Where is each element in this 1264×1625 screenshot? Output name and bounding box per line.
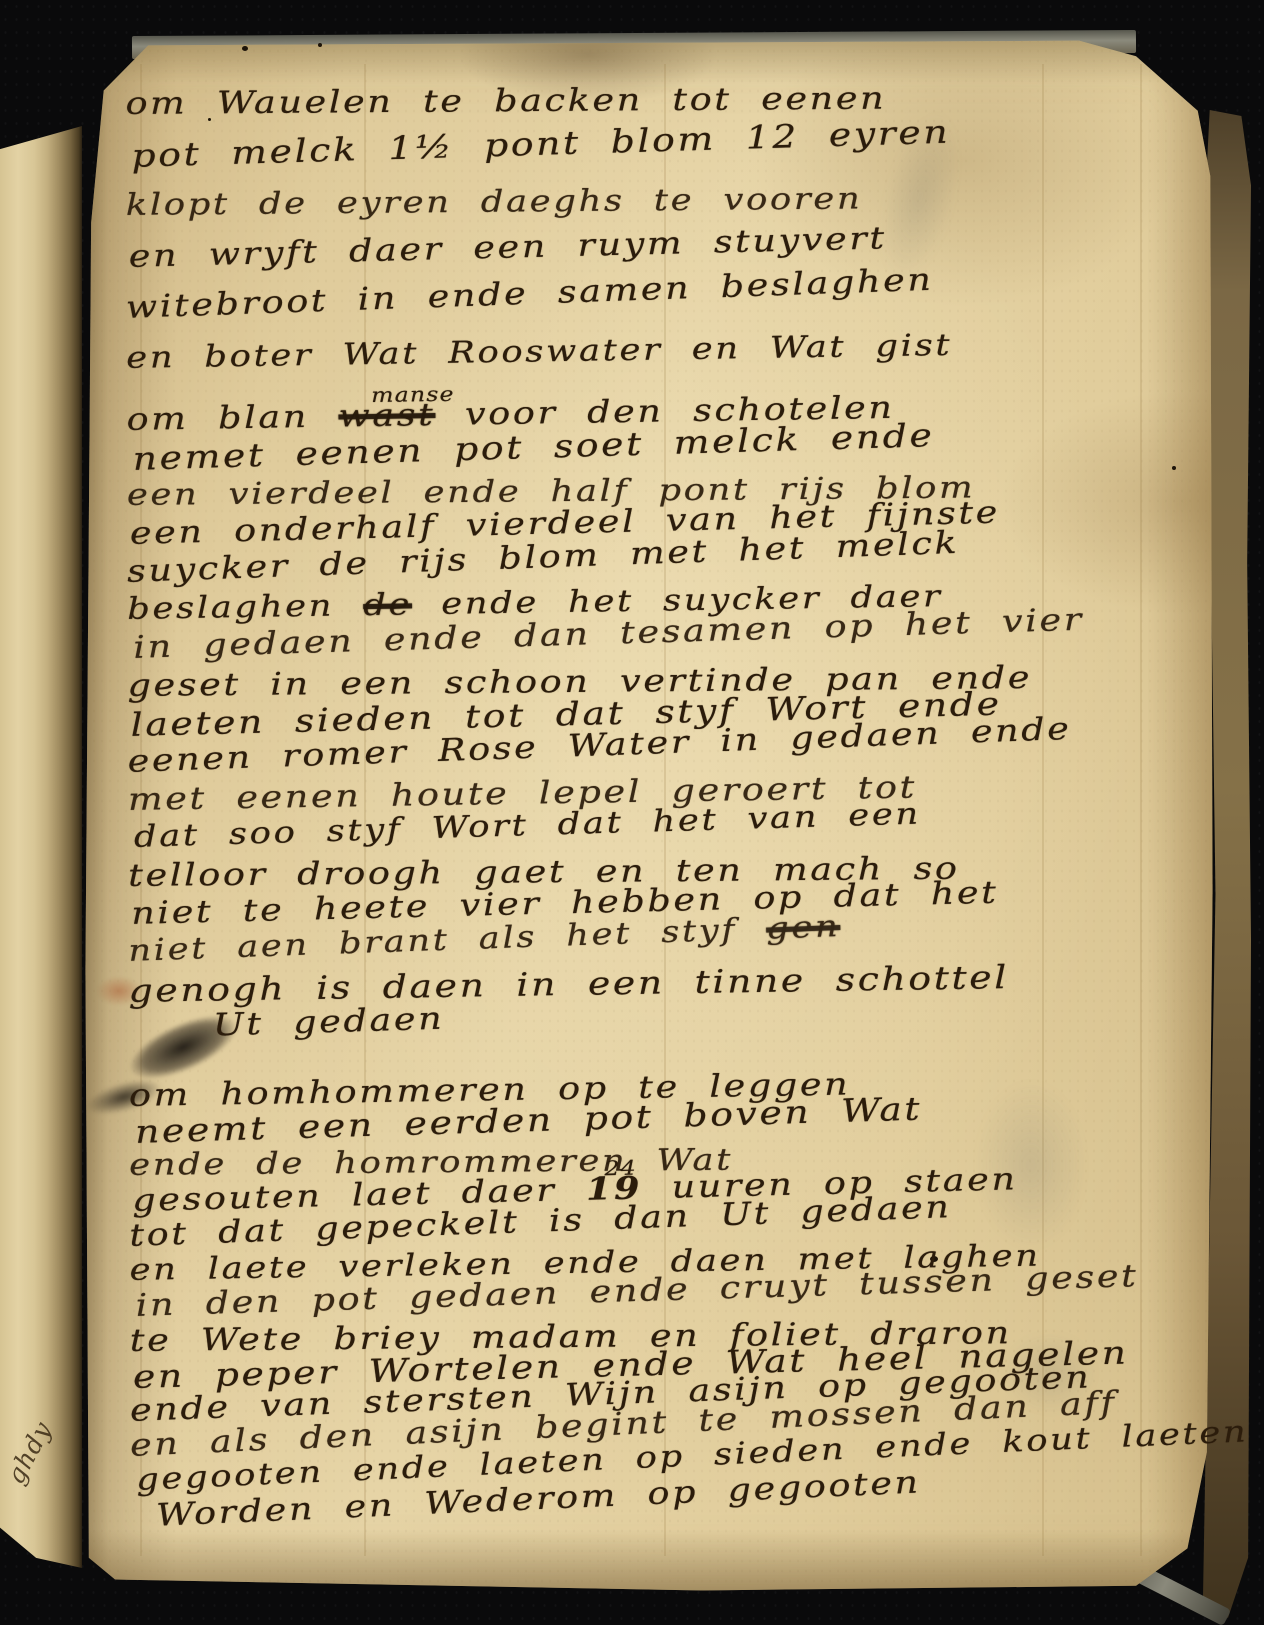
struck-text: gen: [766, 909, 841, 947]
superscript-insertion: manse: [371, 382, 455, 407]
struck-word: gen: [766, 909, 841, 947]
left-page-edges: [0, 126, 82, 1568]
ink-speck: [318, 43, 322, 47]
section-hommeren: om homhommeren op te leggenneemt een eer…: [129, 1074, 1195, 1533]
struck-word: de: [363, 587, 412, 623]
manuscript-text: om Wauelen te backen tot eenenpot melck …: [125, 82, 1194, 1533]
inserted-correction: mansewast: [338, 397, 436, 435]
superscript-insertion: 24: [604, 1156, 637, 1181]
section-blanc-manger: om blan mansewast voor den schotelenneme…: [127, 398, 1193, 1048]
section-wafels: om Wauelen te backen tot eenenpot melck …: [125, 82, 1190, 392]
struck-text: de: [363, 587, 412, 623]
ink-speck: [242, 46, 248, 51]
manuscript-scan: om Wauelen te backen tot eenenpot melck …: [0, 0, 1264, 1625]
